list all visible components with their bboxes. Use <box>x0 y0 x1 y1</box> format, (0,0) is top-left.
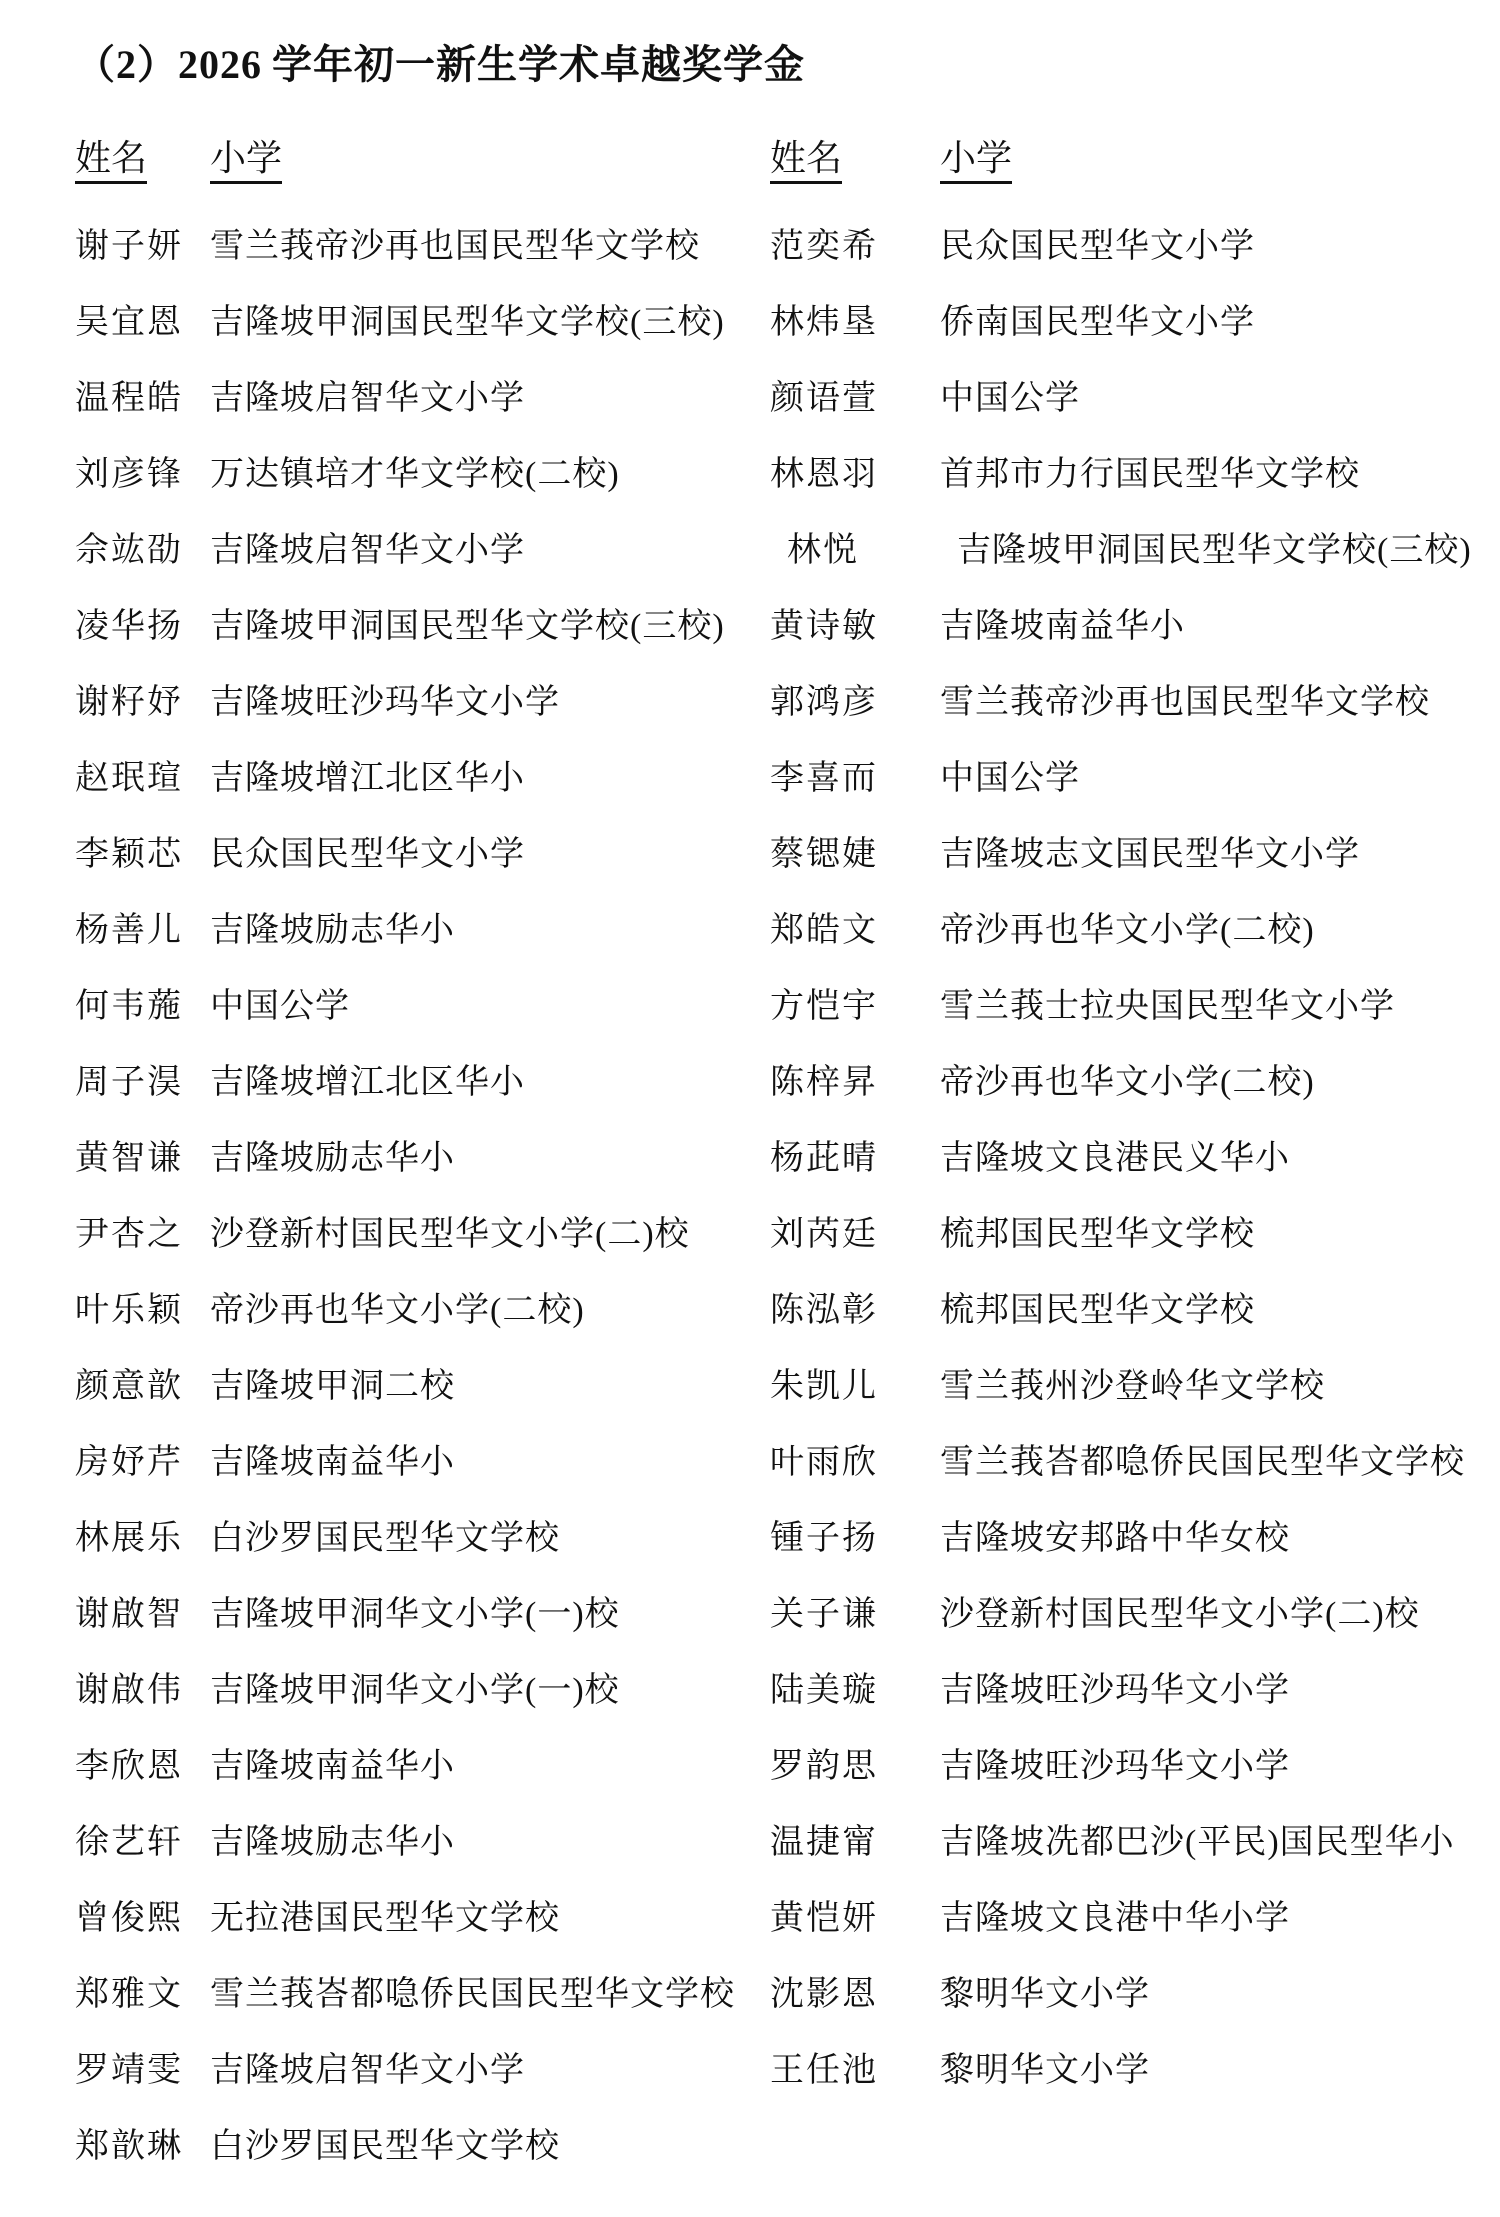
student-name: 尹杏之 <box>75 1218 210 1252</box>
table-row: 叶雨欣雪兰莪峇都喼侨民国民型华文学校 <box>770 1446 1472 1480</box>
student-name: 杨善儿 <box>75 914 210 948</box>
student-name: 郑雅文 <box>75 1978 210 2012</box>
school-name: 吉隆坡甲洞二校 <box>210 1370 770 1404</box>
table-row: 王任池黎明华文小学 <box>770 2054 1472 2088</box>
table-row: 李颖芯民众国民型华文小学 <box>75 838 770 872</box>
header-name-label: 姓名 <box>75 138 147 184</box>
school-name: 帝沙再也华文小学(二校) <box>940 1066 1472 1100</box>
school-name: 吉隆坡甲洞国民型华文学校(三校) <box>210 306 770 340</box>
student-name: 关子谦 <box>770 1598 940 1632</box>
school-name: 吉隆坡励志华小 <box>210 1826 770 1860</box>
student-name: 刘彦锋 <box>75 458 210 492</box>
student-name: 刘芮廷 <box>770 1218 940 1252</box>
document-page: （2）2026学年初一新生学术卓越奖学金 姓名 小学 谢子妍雪兰莪帝沙再也国民型… <box>0 0 1500 2217</box>
table-row: 杨茈晴吉隆坡文良港民义华小 <box>770 1142 1472 1176</box>
school-name: 白沙罗国民型华文学校 <box>210 2130 770 2164</box>
student-name: 林恩羽 <box>770 458 940 492</box>
school-name: 白沙罗国民型华文学校 <box>210 1522 770 1556</box>
table-row: 佘竑劭吉隆坡启智华文小学 <box>75 534 770 568</box>
student-name: 陈泓彰 <box>770 1294 940 1328</box>
school-name: 沙登新村国民型华文小学(二)校 <box>940 1598 1472 1632</box>
header-school-label: 小学 <box>940 138 1012 184</box>
school-name: 雪兰莪帝沙再也国民型华文学校 <box>210 230 770 264</box>
table-row: 罗靖雯吉隆坡启智华文小学 <box>75 2054 770 2088</box>
school-name: 黎明华文小学 <box>940 1978 1472 2012</box>
school-name: 中国公学 <box>940 382 1472 416</box>
title-text: 学年初一新生学术卓越奖学金 <box>272 42 805 87</box>
table-row: 郑雅文雪兰莪峇都喼侨民国民型华文学校 <box>75 1978 770 2012</box>
student-name: 黄智谦 <box>75 1142 210 1176</box>
table-row: 方恺宇雪兰莪士拉央国民型华文小学 <box>770 990 1472 1024</box>
school-name: 帝沙再也华文小学(二校) <box>940 914 1472 948</box>
student-name: 佘竑劭 <box>75 534 210 568</box>
student-name: 郭鸿彦 <box>770 686 940 720</box>
student-name: 方恺宇 <box>770 990 940 1024</box>
table-row: 黄恺妍吉隆坡文良港中华小学 <box>770 1902 1472 1936</box>
table-row: 温捷甯吉隆坡冼都巴沙(平民)国民型华小 <box>770 1826 1472 1860</box>
student-name: 杨茈晴 <box>770 1142 940 1176</box>
student-name: 赵珉瑄 <box>75 762 210 796</box>
school-name: 吉隆坡南益华小 <box>210 1446 770 1480</box>
table-row: 谢啟智吉隆坡甲洞华文小学(一)校 <box>75 1598 770 1632</box>
student-name: 林炜垦 <box>770 306 940 340</box>
school-name: 帝沙再也华文小学(二校) <box>210 1294 770 1328</box>
results-table-left: 姓名 小学 谢子妍雪兰莪帝沙再也国民型华文学校吴宜恩吉隆坡甲洞国民型华文学校(三… <box>75 138 770 2206</box>
table-row: 蔡锶婕吉隆坡志文国民型华文小学 <box>770 838 1472 872</box>
results-columns: 姓名 小学 谢子妍雪兰莪帝沙再也国民型华文学校吴宜恩吉隆坡甲洞国民型华文学校(三… <box>75 138 1470 2206</box>
school-name: 吉隆坡南益华小 <box>940 610 1472 644</box>
school-name: 民众国民型华文小学 <box>940 230 1472 264</box>
school-name: 雪兰莪峇都喼侨民国民型华文学校 <box>210 1978 770 2012</box>
table-row: 杨善儿吉隆坡励志华小 <box>75 914 770 948</box>
school-name: 吉隆坡启智华文小学 <box>210 534 770 568</box>
school-name: 中国公学 <box>940 762 1472 796</box>
student-name: 锺子扬 <box>770 1522 940 1556</box>
table-row: 尹杏之沙登新村国民型华文小学(二)校 <box>75 1218 770 1252</box>
table-row: 关子谦沙登新村国民型华文小学(二)校 <box>770 1598 1472 1632</box>
table-body: 谢子妍雪兰莪帝沙再也国民型华文学校吴宜恩吉隆坡甲洞国民型华文学校(三校)温程皓吉… <box>75 230 770 2164</box>
school-name: 吉隆坡增江北区华小 <box>210 762 770 796</box>
table-header: 姓名 小学 <box>770 138 1472 184</box>
header-school-label: 小学 <box>210 138 282 184</box>
table-row: 吴宜恩吉隆坡甲洞国民型华文学校(三校) <box>75 306 770 340</box>
school-name: 吉隆坡安邦路中华女校 <box>940 1522 1472 1556</box>
school-name: 梳邦国民型华文学校 <box>940 1294 1472 1328</box>
student-name: 何韦葹 <box>75 990 210 1024</box>
school-name: 吉隆坡旺沙玛华文小学 <box>940 1750 1472 1784</box>
school-name: 吉隆坡旺沙玛华文小学 <box>940 1674 1472 1708</box>
school-name: 吉隆坡文良港中华小学 <box>940 1902 1472 1936</box>
table-row: 谢子妍雪兰莪帝沙再也国民型华文学校 <box>75 230 770 264</box>
student-name: 黄恺妍 <box>770 1902 940 1936</box>
student-name: 温程皓 <box>75 382 210 416</box>
student-name: 叶雨欣 <box>770 1446 940 1480</box>
school-name: 吉隆坡志文国民型华文小学 <box>940 838 1472 872</box>
table-row: 谢籽妤吉隆坡旺沙玛华文小学 <box>75 686 770 720</box>
school-name: 雪兰莪峇都喼侨民国民型华文学校 <box>940 1446 1472 1480</box>
table-row: 林炜垦侨南国民型华文小学 <box>770 306 1472 340</box>
table-body: 范奕希民众国民型华文小学林炜垦侨南国民型华文小学颜语萱中国公学林恩羽首邦市力行国… <box>770 230 1472 2088</box>
table-row: 周子淏吉隆坡增江北区华小 <box>75 1066 770 1100</box>
student-name: 谢啟智 <box>75 1598 210 1632</box>
school-name: 梳邦国民型华文学校 <box>940 1218 1472 1252</box>
table-row: 朱凯儿雪兰莪州沙登岭华文学校 <box>770 1370 1472 1404</box>
table-row: 房妤芹吉隆坡南益华小 <box>75 1446 770 1480</box>
table-row: 郭鸿彦雪兰莪帝沙再也国民型华文学校 <box>770 686 1472 720</box>
table-row: 叶乐颖帝沙再也华文小学(二校) <box>75 1294 770 1328</box>
student-name: 凌华扬 <box>75 610 210 644</box>
student-name: 吴宜恩 <box>75 306 210 340</box>
student-name: 郑皓文 <box>770 914 940 948</box>
student-name: 徐艺轩 <box>75 1826 210 1860</box>
school-name: 吉隆坡甲洞华文小学(一)校 <box>210 1674 770 1708</box>
school-name: 侨南国民型华文小学 <box>940 306 1472 340</box>
school-name: 吉隆坡甲洞国民型华文学校(三校) <box>957 534 1472 568</box>
table-row: 曾俊熙无拉港国民型华文学校 <box>75 1902 770 1936</box>
student-name: 谢子妍 <box>75 230 210 264</box>
table-row: 徐艺轩吉隆坡励志华小 <box>75 1826 770 1860</box>
school-name: 沙登新村国民型华文小学(二)校 <box>210 1218 770 1252</box>
school-name: 吉隆坡增江北区华小 <box>210 1066 770 1100</box>
school-name: 吉隆坡南益华小 <box>210 1750 770 1784</box>
table-header: 姓名 小学 <box>75 138 770 184</box>
student-name: 谢啟伟 <box>75 1674 210 1708</box>
table-row: 刘芮廷梳邦国民型华文学校 <box>770 1218 1472 1252</box>
student-name: 房妤芹 <box>75 1446 210 1480</box>
table-row: 温程皓吉隆坡启智华文小学 <box>75 382 770 416</box>
table-row: 沈影恩黎明华文小学 <box>770 1978 1472 2012</box>
title-number: （2）2026 <box>75 42 262 87</box>
school-name: 吉隆坡甲洞华文小学(一)校 <box>210 1598 770 1632</box>
table-row: 林展乐白沙罗国民型华文学校 <box>75 1522 770 1556</box>
table-row: 李欣恩吉隆坡南益华小 <box>75 1750 770 1784</box>
table-row: 林悦吉隆坡甲洞国民型华文学校(三校) <box>770 534 1472 568</box>
student-name: 颜意歆 <box>75 1370 210 1404</box>
header-name-label: 姓名 <box>770 138 842 184</box>
school-name: 雪兰莪帝沙再也国民型华文学校 <box>940 686 1472 720</box>
student-name: 林展乐 <box>75 1522 210 1556</box>
student-name: 王任池 <box>770 2054 940 2088</box>
table-row: 颜语萱中国公学 <box>770 382 1472 416</box>
student-name: 蔡锶婕 <box>770 838 940 872</box>
student-name: 温捷甯 <box>770 1826 940 1860</box>
student-name: 李颖芯 <box>75 838 210 872</box>
school-name: 雪兰莪州沙登岭华文学校 <box>940 1370 1472 1404</box>
school-name: 吉隆坡启智华文小学 <box>210 2054 770 2088</box>
student-name: 朱凯儿 <box>770 1370 940 1404</box>
table-row: 罗韵思吉隆坡旺沙玛华文小学 <box>770 1750 1472 1784</box>
table-row: 颜意歆吉隆坡甲洞二校 <box>75 1370 770 1404</box>
school-name: 雪兰莪士拉央国民型华文小学 <box>940 990 1472 1024</box>
student-name: 曾俊熙 <box>75 1902 210 1936</box>
table-row: 黄智谦吉隆坡励志华小 <box>75 1142 770 1176</box>
school-name: 吉隆坡启智华文小学 <box>210 382 770 416</box>
school-name: 吉隆坡甲洞国民型华文学校(三校) <box>210 610 770 644</box>
table-row: 范奕希民众国民型华文小学 <box>770 230 1472 264</box>
student-name: 范奕希 <box>770 230 940 264</box>
table-row: 郑歆琳白沙罗国民型华文学校 <box>75 2130 770 2164</box>
student-name: 黄诗敏 <box>770 610 940 644</box>
table-row: 谢啟伟吉隆坡甲洞华文小学(一)校 <box>75 1674 770 1708</box>
page-title: （2）2026学年初一新生学术卓越奖学金 <box>75 40 1470 90</box>
table-row: 李喜而中国公学 <box>770 762 1472 796</box>
results-table-right: 姓名 小学 范奕希民众国民型华文小学林炜垦侨南国民型华文小学颜语萱中国公学林恩羽… <box>770 138 1472 2206</box>
student-name: 沈影恩 <box>770 1978 940 2012</box>
student-name: 罗靖雯 <box>75 2054 210 2088</box>
school-name: 吉隆坡冼都巴沙(平民)国民型华小 <box>940 1826 1472 1860</box>
table-row: 何韦葹中国公学 <box>75 990 770 1024</box>
school-name: 吉隆坡文良港民义华小 <box>940 1142 1472 1176</box>
student-name: 李喜而 <box>770 762 940 796</box>
school-name: 民众国民型华文小学 <box>210 838 770 872</box>
school-name: 吉隆坡旺沙玛华文小学 <box>210 686 770 720</box>
table-row: 林恩羽首邦市力行国民型华文学校 <box>770 458 1472 492</box>
student-name: 林悦 <box>770 534 957 568</box>
student-name: 谢籽妤 <box>75 686 210 720</box>
table-row: 郑皓文帝沙再也华文小学(二校) <box>770 914 1472 948</box>
table-row: 陈泓彰梳邦国民型华文学校 <box>770 1294 1472 1328</box>
student-name: 叶乐颖 <box>75 1294 210 1328</box>
school-name: 万达镇培才华文学校(二校) <box>210 458 770 492</box>
student-name: 罗韵思 <box>770 1750 940 1784</box>
school-name: 首邦市力行国民型华文学校 <box>940 458 1472 492</box>
table-row: 刘彦锋万达镇培才华文学校(二校) <box>75 458 770 492</box>
student-name: 郑歆琳 <box>75 2130 210 2164</box>
school-name: 吉隆坡励志华小 <box>210 1142 770 1176</box>
school-name: 黎明华文小学 <box>940 2054 1472 2088</box>
student-name: 颜语萱 <box>770 382 940 416</box>
student-name: 陆美璇 <box>770 1674 940 1708</box>
student-name: 李欣恩 <box>75 1750 210 1784</box>
table-row: 陆美璇吉隆坡旺沙玛华文小学 <box>770 1674 1472 1708</box>
table-row: 凌华扬吉隆坡甲洞国民型华文学校(三校) <box>75 610 770 644</box>
school-name: 中国公学 <box>210 990 770 1024</box>
school-name: 吉隆坡励志华小 <box>210 914 770 948</box>
table-row: 赵珉瑄吉隆坡增江北区华小 <box>75 762 770 796</box>
table-row: 黄诗敏吉隆坡南益华小 <box>770 610 1472 644</box>
table-row: 陈梓昇帝沙再也华文小学(二校) <box>770 1066 1472 1100</box>
table-row: 锺子扬吉隆坡安邦路中华女校 <box>770 1522 1472 1556</box>
student-name: 周子淏 <box>75 1066 210 1100</box>
school-name: 无拉港国民型华文学校 <box>210 1902 770 1936</box>
student-name: 陈梓昇 <box>770 1066 940 1100</box>
